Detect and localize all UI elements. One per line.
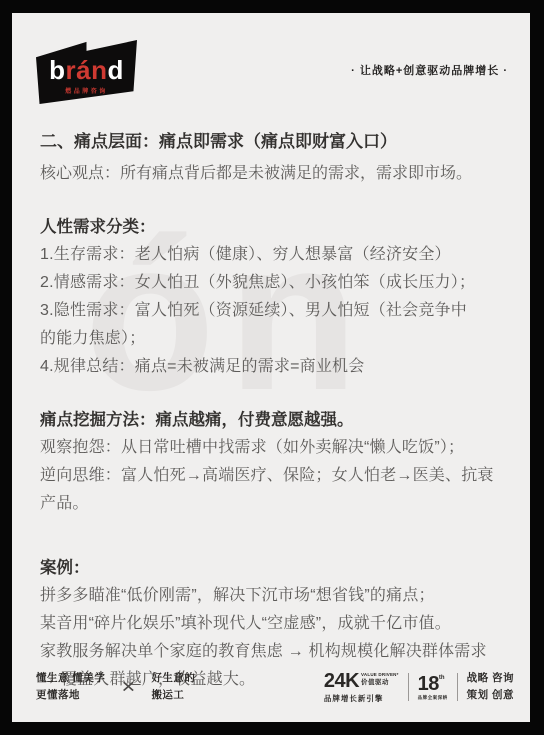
section-heading: 痛点挖掘方法：痛点越痛，付费意愿越强。 [40, 406, 512, 434]
footer-divider [457, 673, 458, 701]
section-line: 家教服务解决单个家庭的教育焦虑 → 机构规模化解决群体需求 [40, 638, 512, 666]
brand-logo: bránd 燃品牌咨询 [36, 40, 137, 104]
poster-page: ón bránd 燃品牌咨询 · 让战略+创意驱动品牌增长 · 二、痛点层面：痛… [12, 13, 530, 722]
footer-services: 战略 咨询 策划 创意 [467, 670, 514, 704]
header-tagline: · 让战略+创意驱动品牌增长 · [351, 62, 508, 78]
content-area: 二、痛点层面：痛点即需求（痛点即财富入口） 核心观点：所有痛点背后都是未被满足的… [40, 129, 512, 694]
footer-metrics: 24K VALUE DRIVEN* 价值驱动 品牌增长新引擎 18 th 品牌全… [324, 670, 514, 704]
section-line: 的能力焦虑）； [40, 325, 512, 353]
section-line: 1.生存需求：老人怕病（健康）、穷人想暴富（经济安全） [40, 241, 512, 269]
brand-logo-subtext: 燃品牌咨询 [65, 86, 108, 95]
metric-24k-caption: 品牌增长新引擎 [324, 693, 384, 704]
footer-divider [408, 673, 409, 701]
section-line: 逆向思维：富人怕死→高端医疗、保险；女人怕老→医美、抗衰 [40, 462, 512, 490]
page-title: 二、痛点层面：痛点即需求（痛点即财富入口） [40, 129, 512, 155]
metric-18-value: 18 [418, 674, 439, 694]
section-line: 拼多多瞄准“低价刚需”，解决下沉市场“想省钱”的痛点； [40, 582, 512, 610]
metric-18-sup: th [439, 675, 445, 681]
section-heading: 人性需求分类： [40, 213, 512, 241]
section-line: 产品。 [40, 490, 512, 518]
core-viewpoint: 核心观点：所有痛点背后都是未被满足的需求，需求即市场。 [40, 160, 512, 188]
metric-24k-cn: 价值驱动 [361, 677, 399, 686]
section-line: 3.隐性需求：富人怕死（资源延续）、男人怕短（社会竞争中 [40, 297, 512, 325]
footer-bar: 懂生意 懂美学 更懂落地 × 好生意的 搬运工 24K VALUE DRIVEN… [36, 667, 514, 707]
section-painpoint-mining: 痛点挖掘方法：痛点越痛，付费意愿越强。 观察抱怨：从日常吐槽中找需求（如外卖解决… [40, 406, 512, 518]
brand-logo-wordmark: bránd [49, 57, 124, 83]
metric-24k-value: 24K [324, 671, 359, 691]
section-heading: 案例： [40, 554, 512, 582]
metric-24k: 24K VALUE DRIVEN* 价值驱动 品牌增长新引擎 [324, 671, 399, 704]
footer-slogan-mid: 好生意的 搬运工 [151, 670, 195, 704]
multiply-icon: × [121, 674, 135, 699]
section-line: 某音用“碎片化娱乐”填补现代人“空虚感”，成就千亿市值。 [40, 610, 512, 638]
footer-slogan-left: 懂生意 懂美学 更懂落地 [36, 670, 105, 704]
metric-18: 18 th 品牌全案深耕 [418, 674, 448, 701]
section-needs-classification: 人性需求分类： 1.生存需求：老人怕病（健康）、穷人想暴富（经济安全） 2.情感… [40, 213, 512, 381]
metric-18-caption: 品牌全案深耕 [418, 695, 448, 701]
section-line: 4.规律总结：痛点=未被满足的需求=商业机会 [40, 353, 512, 381]
section-line: 2.情感需求：女人怕丑（外貌焦虑）、小孩怕笨（成长压力）； [40, 269, 512, 297]
section-line: 观察抱怨：从日常吐槽中找需求（如外卖解决“懒人吃饭”）； [40, 434, 512, 462]
